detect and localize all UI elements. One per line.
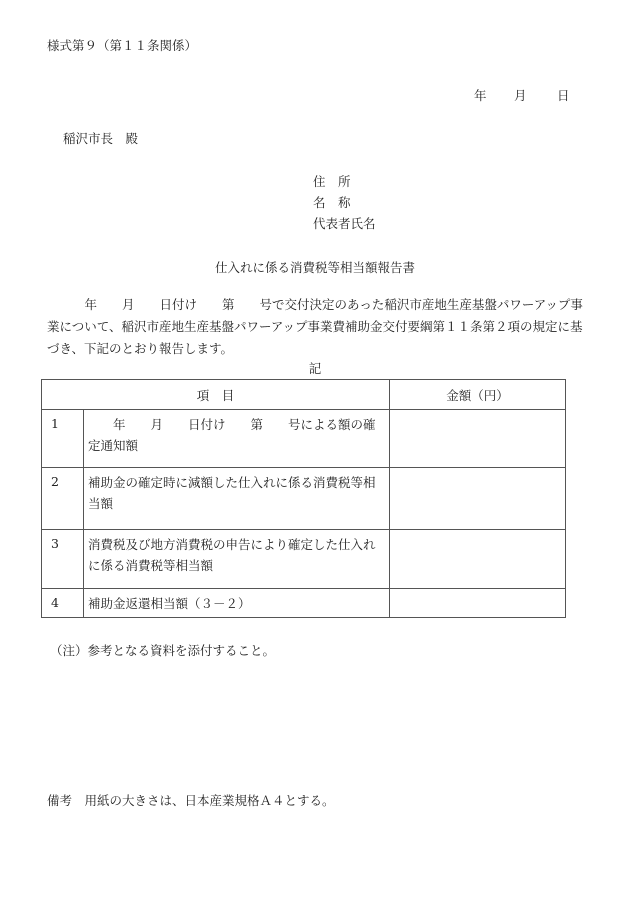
row-number: 3 (42, 530, 84, 589)
table-header-row: 項 目 金額（円） (42, 380, 566, 410)
address-label: 住 所 (313, 171, 376, 192)
remark-text: 備考 用紙の大きさは、日本産業規格Ａ４とする。 (47, 791, 335, 809)
row-item: 年 月 日付け 第 号による額の確定通知額 (84, 410, 390, 468)
date-day: 日 (557, 86, 570, 104)
row-amount-field[interactable] (390, 530, 566, 589)
name-label: 名 称 (313, 192, 376, 213)
header-item: 項 目 (42, 380, 390, 410)
note-text: （注）参考となる資料を添付すること。 (50, 641, 275, 659)
table-row: 4 補助金返還相当額（３－２） (42, 589, 566, 618)
row-item: 消費税及び地方消費税の申告により確定した仕入れに係る消費税等相当額 (84, 530, 390, 589)
addressee: 稲沢市長 殿 (63, 129, 138, 147)
document-title: 仕入れに係る消費税等相当額報告書 (0, 258, 630, 276)
table-row: 2 補助金の確定時に減額した仕入れに係る消費税等相当額 (42, 468, 566, 530)
row-number: 2 (42, 468, 84, 530)
row-number: 1 (42, 410, 84, 468)
row-item: 補助金の確定時に減額した仕入れに係る消費税等相当額 (84, 468, 390, 530)
ki-heading: 記 (0, 359, 630, 377)
form-number: 様式第９（第１１条関係） (47, 36, 197, 54)
row-amount-field[interactable] (390, 589, 566, 618)
date-year: 年 (474, 86, 514, 104)
row-item: 補助金返還相当額（３－２） (84, 589, 390, 618)
body-paragraph: 年 月 日付け 第 号で交付決定のあった稲沢市産地生産基盤パワーアップ事業につい… (47, 294, 592, 360)
date-month: 月 (514, 86, 557, 104)
applicant-block: 住 所 名 称 代表者氏名 (313, 171, 376, 234)
table-row: 1 年 月 日付け 第 号による額の確定通知額 (42, 410, 566, 468)
row-number: 4 (42, 589, 84, 618)
header-amount: 金額（円） (390, 380, 566, 410)
date-field: 年月日 (474, 86, 570, 104)
table-row: 3 消費税及び地方消費税の申告により確定した仕入れに係る消費税等相当額 (42, 530, 566, 589)
report-table: 項 目 金額（円） 1 年 月 日付け 第 号による額の確定通知額 2 補助金の… (41, 379, 566, 618)
row-amount-field[interactable] (390, 468, 566, 530)
row-amount-field[interactable] (390, 410, 566, 468)
representative-label: 代表者氏名 (313, 213, 376, 234)
